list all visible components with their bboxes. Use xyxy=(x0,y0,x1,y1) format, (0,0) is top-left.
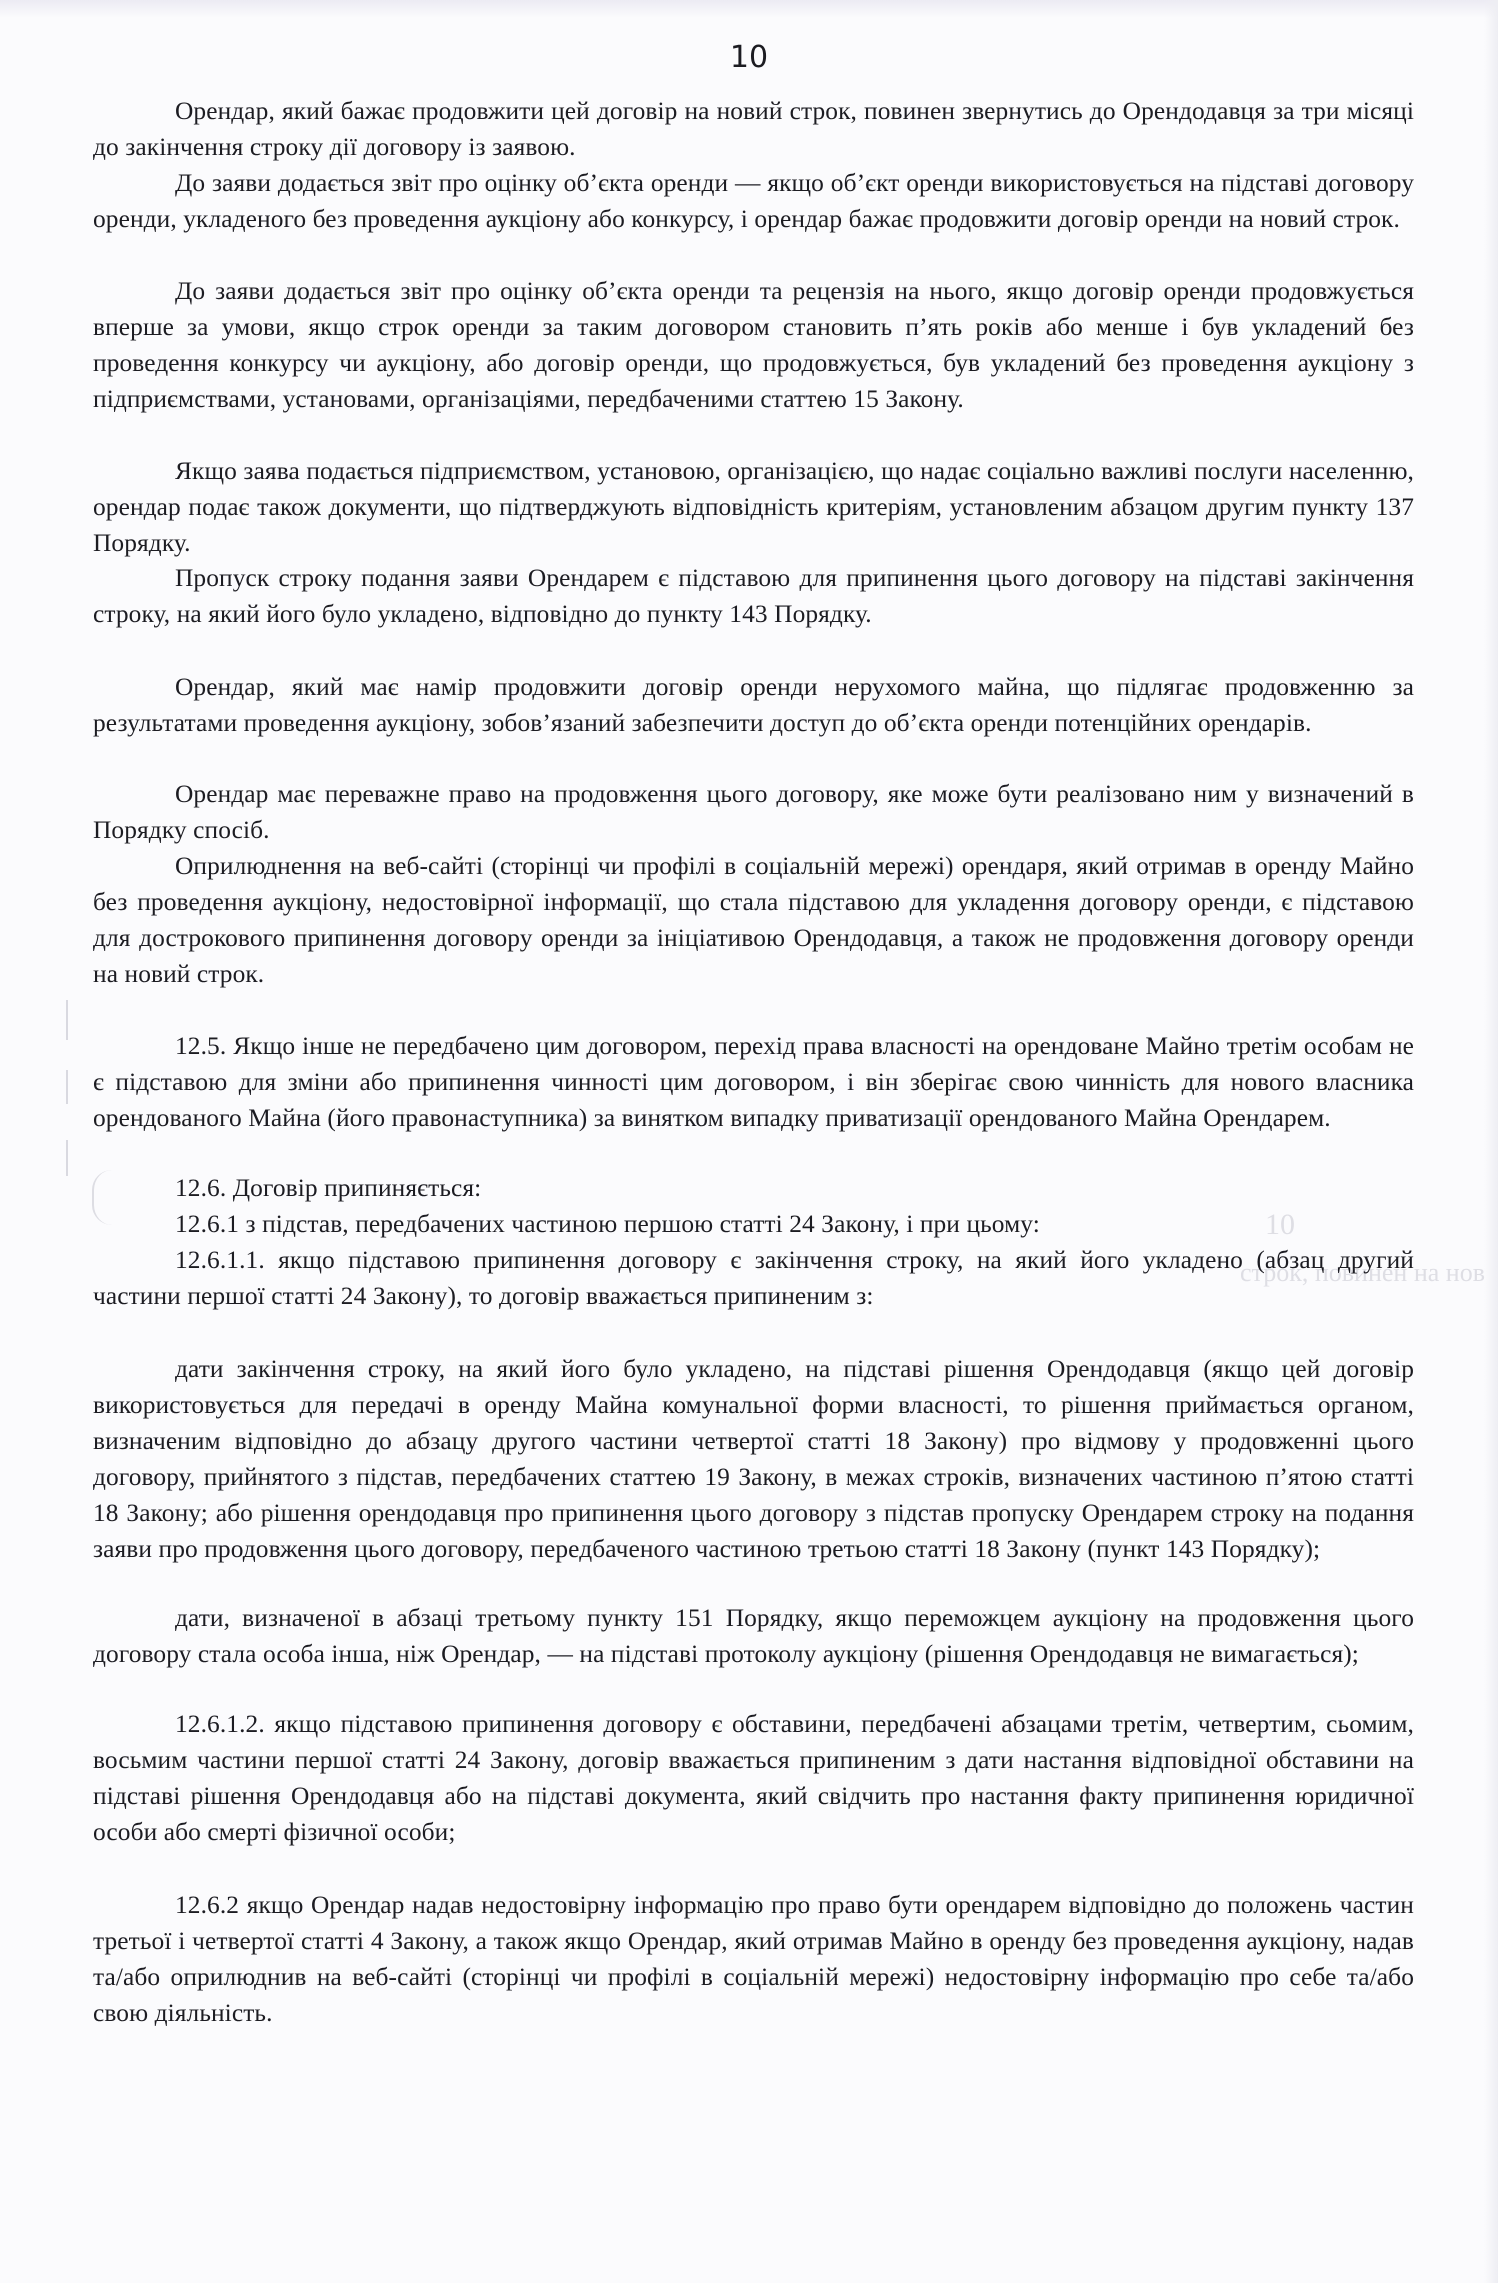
scan-edge-right xyxy=(1484,0,1498,2283)
paragraph-12-6: 12.6. Договір припиняється: xyxy=(93,1171,1414,1207)
scan-mark xyxy=(66,1070,68,1104)
paragraph-auction-date: дати, визначеної в абзаці третьому пункт… xyxy=(93,1601,1414,1673)
paragraph-valuation-report: До заяви додається звіт про оцінку об’єк… xyxy=(93,166,1414,238)
paragraph-valuation-review: До заяви додається звіт про оцінку об’єк… xyxy=(93,274,1414,418)
paragraph-12-6-2: 12.6.2 якщо Орендар надав недостовірну і… xyxy=(93,1888,1414,2032)
paragraph-false-information: Оприлюднення на веб-сайті (сторінці чи п… xyxy=(93,849,1414,993)
paragraph-12-6-1-2: 12.6.1.2. якщо підставою припинення дого… xyxy=(93,1707,1414,1851)
paragraph-12-6-1: 12.6.1 з підстав, передбачених частиною … xyxy=(93,1207,1414,1243)
paragraph-preemptive-right: Орендар має переважне право на продовжен… xyxy=(93,777,1414,849)
page-number: 10 xyxy=(0,40,1498,75)
scan-edge-top xyxy=(0,0,1498,18)
paragraph-expiry-date: дати закінчення строку, на який його бул… xyxy=(93,1352,1414,1567)
scan-mark xyxy=(66,1000,68,1040)
scan-mark xyxy=(66,1140,68,1176)
paragraph-12-5: 12.5. Якщо інше не передбачено цим догов… xyxy=(93,1029,1414,1137)
paragraph-social-services: Якщо заява подається підприємством, уста… xyxy=(93,454,1414,562)
paragraph-12-6-1-1: 12.6.1.1. якщо підставою припинення дого… xyxy=(93,1243,1414,1315)
paragraph-missed-deadline: Пропуск строку подання заяви Орендарем є… xyxy=(93,561,1414,633)
paragraph-auction-access: Орендар, який має намір продовжити догов… xyxy=(93,670,1414,742)
paragraph-renewal-application: Орендар, який бажає продовжити цей догов… xyxy=(93,94,1414,166)
